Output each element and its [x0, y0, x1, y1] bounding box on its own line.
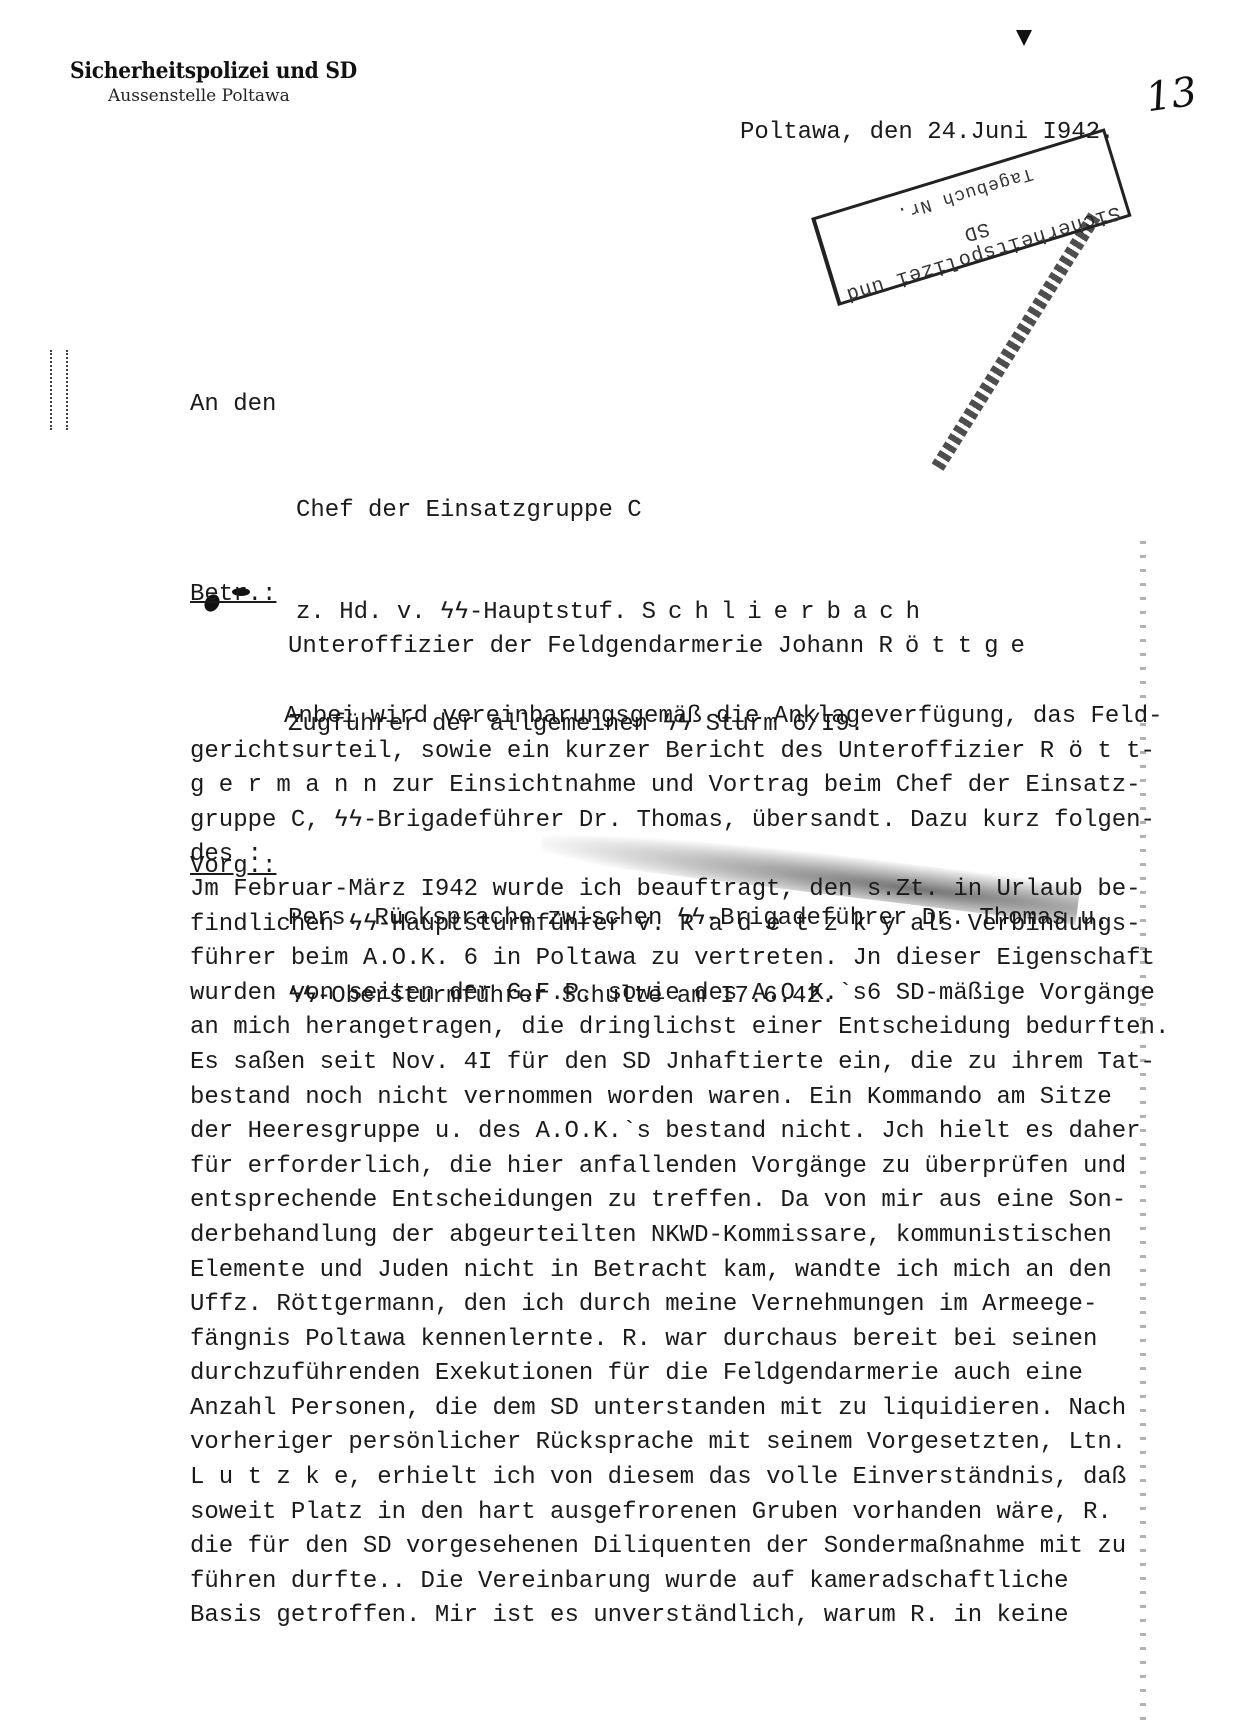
subject-name: Röttge	[879, 633, 1037, 660]
body-line: führer beim A.O.K. 6 in Poltawa zu vertr…	[190, 942, 1169, 977]
body-line: Uffz. Röttgermann, den ich durch meine V…	[190, 1288, 1169, 1323]
body-line: Anzahl Personen, die dem SD unterstanden…	[190, 1392, 1169, 1427]
body-line: der Heeresgruppe u. des A.O.K.`s bestand…	[190, 1115, 1169, 1150]
margin-pencil-mark	[50, 350, 68, 430]
body-line: Basis getroffen. Mir ist es unverständli…	[190, 1599, 1169, 1634]
body-line: gruppe C, ϟϟ-Brigadeführer Dr. Thomas, ü…	[190, 804, 1169, 839]
body-line: Elemente und Juden nicht in Betracht kam…	[190, 1254, 1169, 1289]
body-line: entsprechende Entscheidungen zu treffen.…	[190, 1184, 1169, 1219]
body-line: führen durfte.. Die Vereinbarung wurde a…	[190, 1565, 1169, 1600]
handwritten-page-number: 13	[1143, 69, 1200, 122]
body-line: durchzuführenden Exekutionen für die Fel…	[190, 1357, 1169, 1392]
body-line: L u t z k e, erhielt ich von diesem das …	[190, 1461, 1169, 1496]
body-line: findlichen ϟϟ-Hauptsturmführer v. R a d …	[190, 908, 1169, 943]
body-line: für erforderlich, die hier anfallenden V…	[190, 1150, 1169, 1185]
body-line: an mich herangetragen, die dringlichst e…	[190, 1011, 1169, 1046]
subject-line-1-text: Unteroffizier der Feldgendarmerie Johann	[288, 633, 879, 660]
body-line: gerichtsurteil, sowie ein kurzer Bericht…	[190, 735, 1169, 770]
registry-stamp: Tagebuch Nr. Sicherheitspolizei und SD	[811, 128, 1131, 306]
document-page: Sicherheitspolizei und SD Aussenstelle P…	[0, 0, 1244, 1733]
body-line: wurden von seiten der G.F.P. sowie des A…	[190, 977, 1169, 1012]
body-line: des :	[190, 838, 1169, 873]
body-line: derbehandlung der abgeurteilten NKWD-Kom…	[190, 1219, 1169, 1254]
ink-mark-icon	[1016, 30, 1032, 46]
body-line: fängnis Poltawa kennenlernte. R. war dur…	[190, 1323, 1169, 1358]
body-line: vorheriger persönlicher Rücksprache mit …	[190, 1426, 1169, 1461]
letterhead-organization: Sicherheitspolizei und SD	[70, 58, 357, 84]
body-line: Es saßen seit Nov. 4I für den SD Jnhafti…	[190, 1046, 1169, 1081]
letter-body: Anbei wird vereinbarungsgemäß die Anklag…	[190, 700, 1169, 1634]
letterhead-office: Aussenstelle Poltawa	[108, 86, 382, 106]
subject-line-1: Unteroffizier der Feldgendarmerie Johann…	[288, 634, 1037, 660]
body-line: soweit Platz in den hart ausgefrorenen G…	[190, 1496, 1169, 1531]
letterhead: Sicherheitspolizei und SD Aussenstelle P…	[70, 58, 382, 106]
body-line: Jm Februar-März I942 wurde ich beauftrag…	[190, 873, 1169, 908]
address-line-1: An den	[190, 388, 932, 422]
body-line: bestand noch nicht vernommen worden ware…	[190, 1081, 1169, 1116]
body-line: die für den SD vorgesehenen Diliquenten …	[190, 1530, 1169, 1565]
body-line: g e r m a n n zur Einsichtnahme und Vort…	[190, 769, 1169, 804]
body-line: Anbei wird vereinbarungsgemäß die Anklag…	[190, 700, 1169, 735]
address-line-2: Chef der Einsatzgruppe C	[190, 494, 932, 528]
